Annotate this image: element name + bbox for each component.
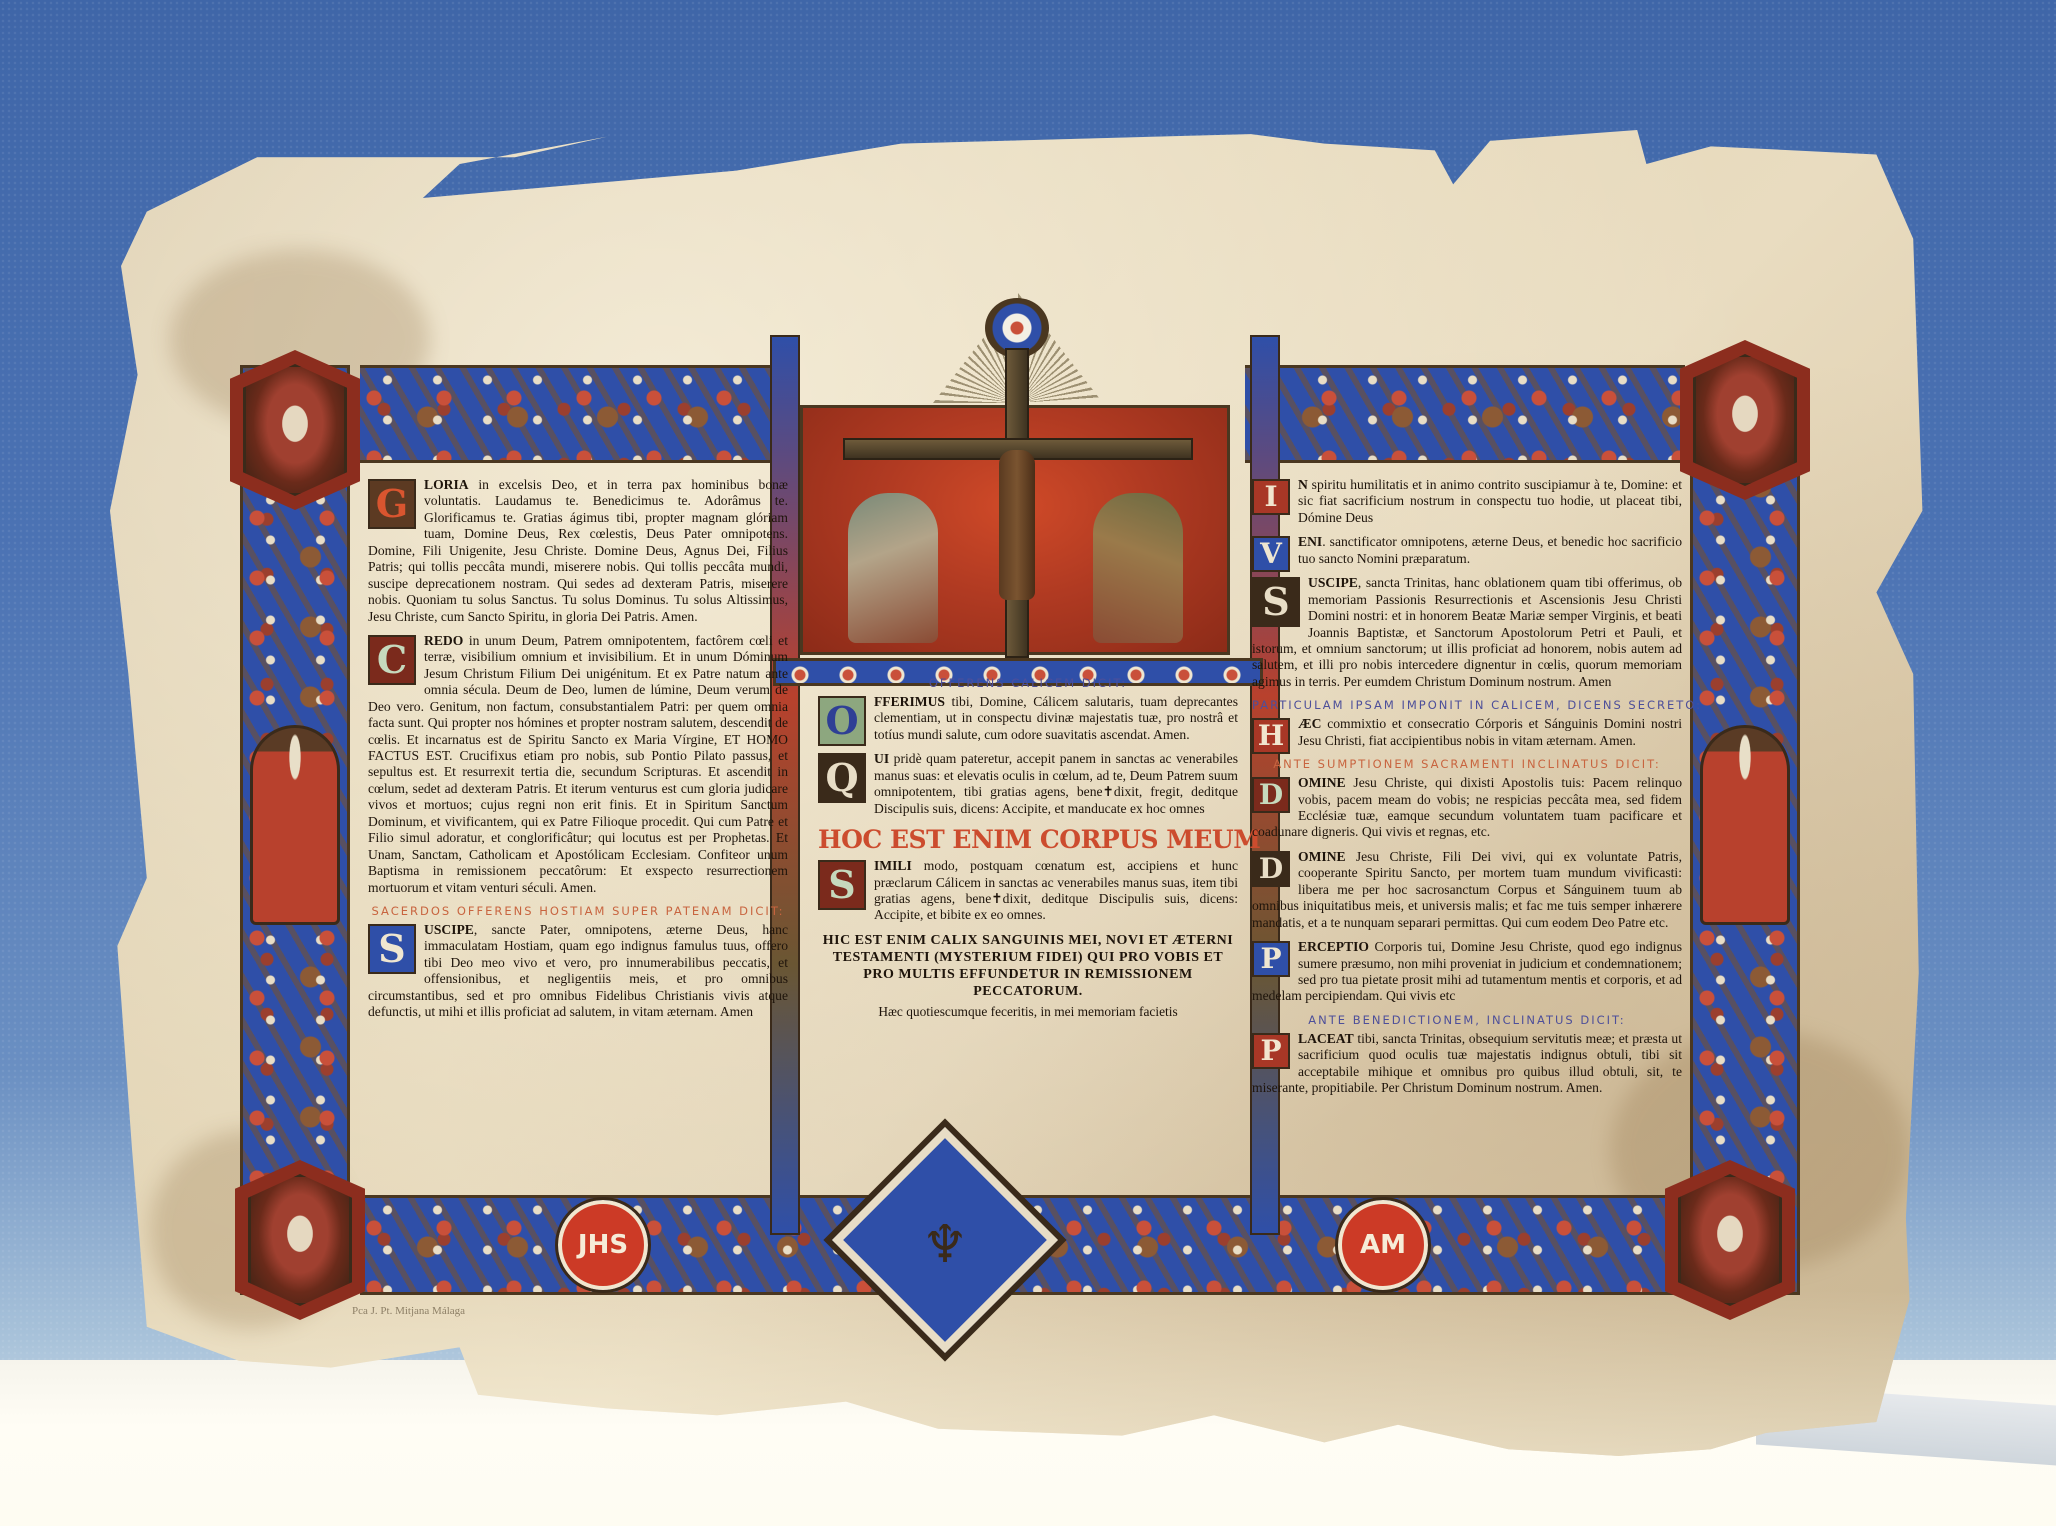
- consecration-chalice-words: HIC EST ENIM CALIX SANGUINIS MEI, NOVI E…: [818, 932, 1238, 1000]
- madonna-niche-icon: [1700, 725, 1790, 925]
- domine-fili-prayer: D OMINE Jesu Christe, Fili Dei vivi, qui…: [1252, 849, 1682, 931]
- kneeling-angel-icon: [848, 493, 938, 643]
- rubric-offering-host: SACERDOS OFFERENS HOSTIAM SUPER PATENAM …: [368, 904, 788, 918]
- initial-c: C: [368, 635, 416, 685]
- simili-modo-prayer: S IMILI modo, postquam cœnatum est, acci…: [818, 858, 1238, 924]
- gloria-prayer: G LORIA in excelsis Deo, et in terra pax…: [368, 477, 788, 625]
- qui-pridie-prayer: Q UI pridè quam pateretur, accepit panem…: [818, 751, 1238, 817]
- crucifixion-panel: [800, 405, 1230, 655]
- evangelist-medallion-icon: [1665, 1160, 1795, 1320]
- evangelist-medallion-icon: [1680, 340, 1810, 500]
- kneeling-angel-icon: [1093, 493, 1183, 643]
- chalice-host-icon: ♆: [920, 1200, 970, 1290]
- consecration-host-words: HOC EST ENIM CORPUS MEUM: [818, 825, 1238, 854]
- in-spiritu-prayer: I N spiritu humilitatis et in animo cont…: [1252, 477, 1682, 526]
- offerimus-prayer: O FFERIMUS tibi, Domine, Cálicem salutar…: [818, 694, 1238, 743]
- credo-prayer: C REDO in unum Deum, Patrem omnipotentem…: [368, 633, 788, 896]
- corpus-icon: [999, 450, 1035, 600]
- initial-s: S: [818, 860, 866, 910]
- illuminated-frame: G LORIA in excelsis Deo, et in terra pax…: [360, 365, 1680, 1295]
- initial-p: P: [1252, 1033, 1290, 1069]
- haec-commixtio-prayer: H ÆC commixtio et consecratio Córporis e…: [1252, 716, 1682, 749]
- printer-mark: Pca J. Pt. Mitjana Málaga: [352, 1305, 465, 1317]
- initial-d: D: [1252, 851, 1290, 887]
- marian-monogram-icon: AM: [1338, 1200, 1428, 1290]
- top-left-vine-band: [360, 365, 785, 463]
- initial-q: Q: [818, 753, 866, 803]
- domine-pacem-prayer: D OMINE Jesu Christe, qui dixisti Aposto…: [1252, 775, 1682, 841]
- perceptio-prayer: P ERCEPTIO Corporis tui, Domine Jesu Chr…: [1252, 939, 1682, 1005]
- top-right-vine-band: [1245, 365, 1685, 463]
- ihs-monogram-icon: JHS: [558, 1200, 648, 1290]
- rubric-offering-chalice: OFFERENS CALICEM DICIT:: [818, 676, 1238, 690]
- left-column: G LORIA in excelsis Deo, et in terra pax…: [368, 477, 788, 1029]
- veni-prayer: V ENI. sanctificator omnipotens, æterne …: [1252, 534, 1682, 567]
- rubric-particle: PARTICULAM IPSAM IMPONIT IN CALICEM, DIC…: [1252, 698, 1682, 712]
- evangelist-medallion-icon: [235, 1160, 365, 1320]
- suscipe-pater-prayer: S USCIPE, sancte Pater, omnipotens, æter…: [368, 922, 788, 1021]
- initial-o: O: [818, 696, 866, 746]
- bottom-ornaments: JHS ♆ AM: [360, 1195, 1680, 1295]
- initial-d: D: [1252, 777, 1290, 813]
- initial-h: H: [1252, 718, 1290, 754]
- placeat-prayer: P LACEAT tibi, sancta Trinitas, obsequiu…: [1252, 1031, 1682, 1097]
- closing-line: Hæc quotiescumque feceritis, in mei memo…: [818, 1004, 1238, 1020]
- initial-g: G: [368, 479, 416, 529]
- initial-i: I: [1252, 479, 1290, 515]
- initial-s: S: [368, 924, 416, 974]
- evangelist-medallion-icon: [230, 350, 360, 510]
- suscipe-trinitas-prayer: S USCIPE, sancta Trinitas, hanc oblation…: [1252, 575, 1682, 690]
- initial-p: P: [1252, 941, 1290, 977]
- right-column: I N spiritu humilitatis et in animo cont…: [1252, 477, 1682, 1105]
- christ-niche-icon: [250, 725, 340, 925]
- initial-s: S: [1252, 577, 1300, 627]
- center-column: OFFERENS CALICEM DICIT: O FFERIMUS tibi,…: [818, 670, 1238, 1020]
- rubric-sumption: ANTE SUMPTIONEM SACRAMENTI INCLINATUS DI…: [1252, 757, 1682, 771]
- rubric-benediction: ANTE BENEDICTIONEM, INCLINATUS DICIT:: [1252, 1013, 1682, 1027]
- initial-v: V: [1252, 536, 1290, 572]
